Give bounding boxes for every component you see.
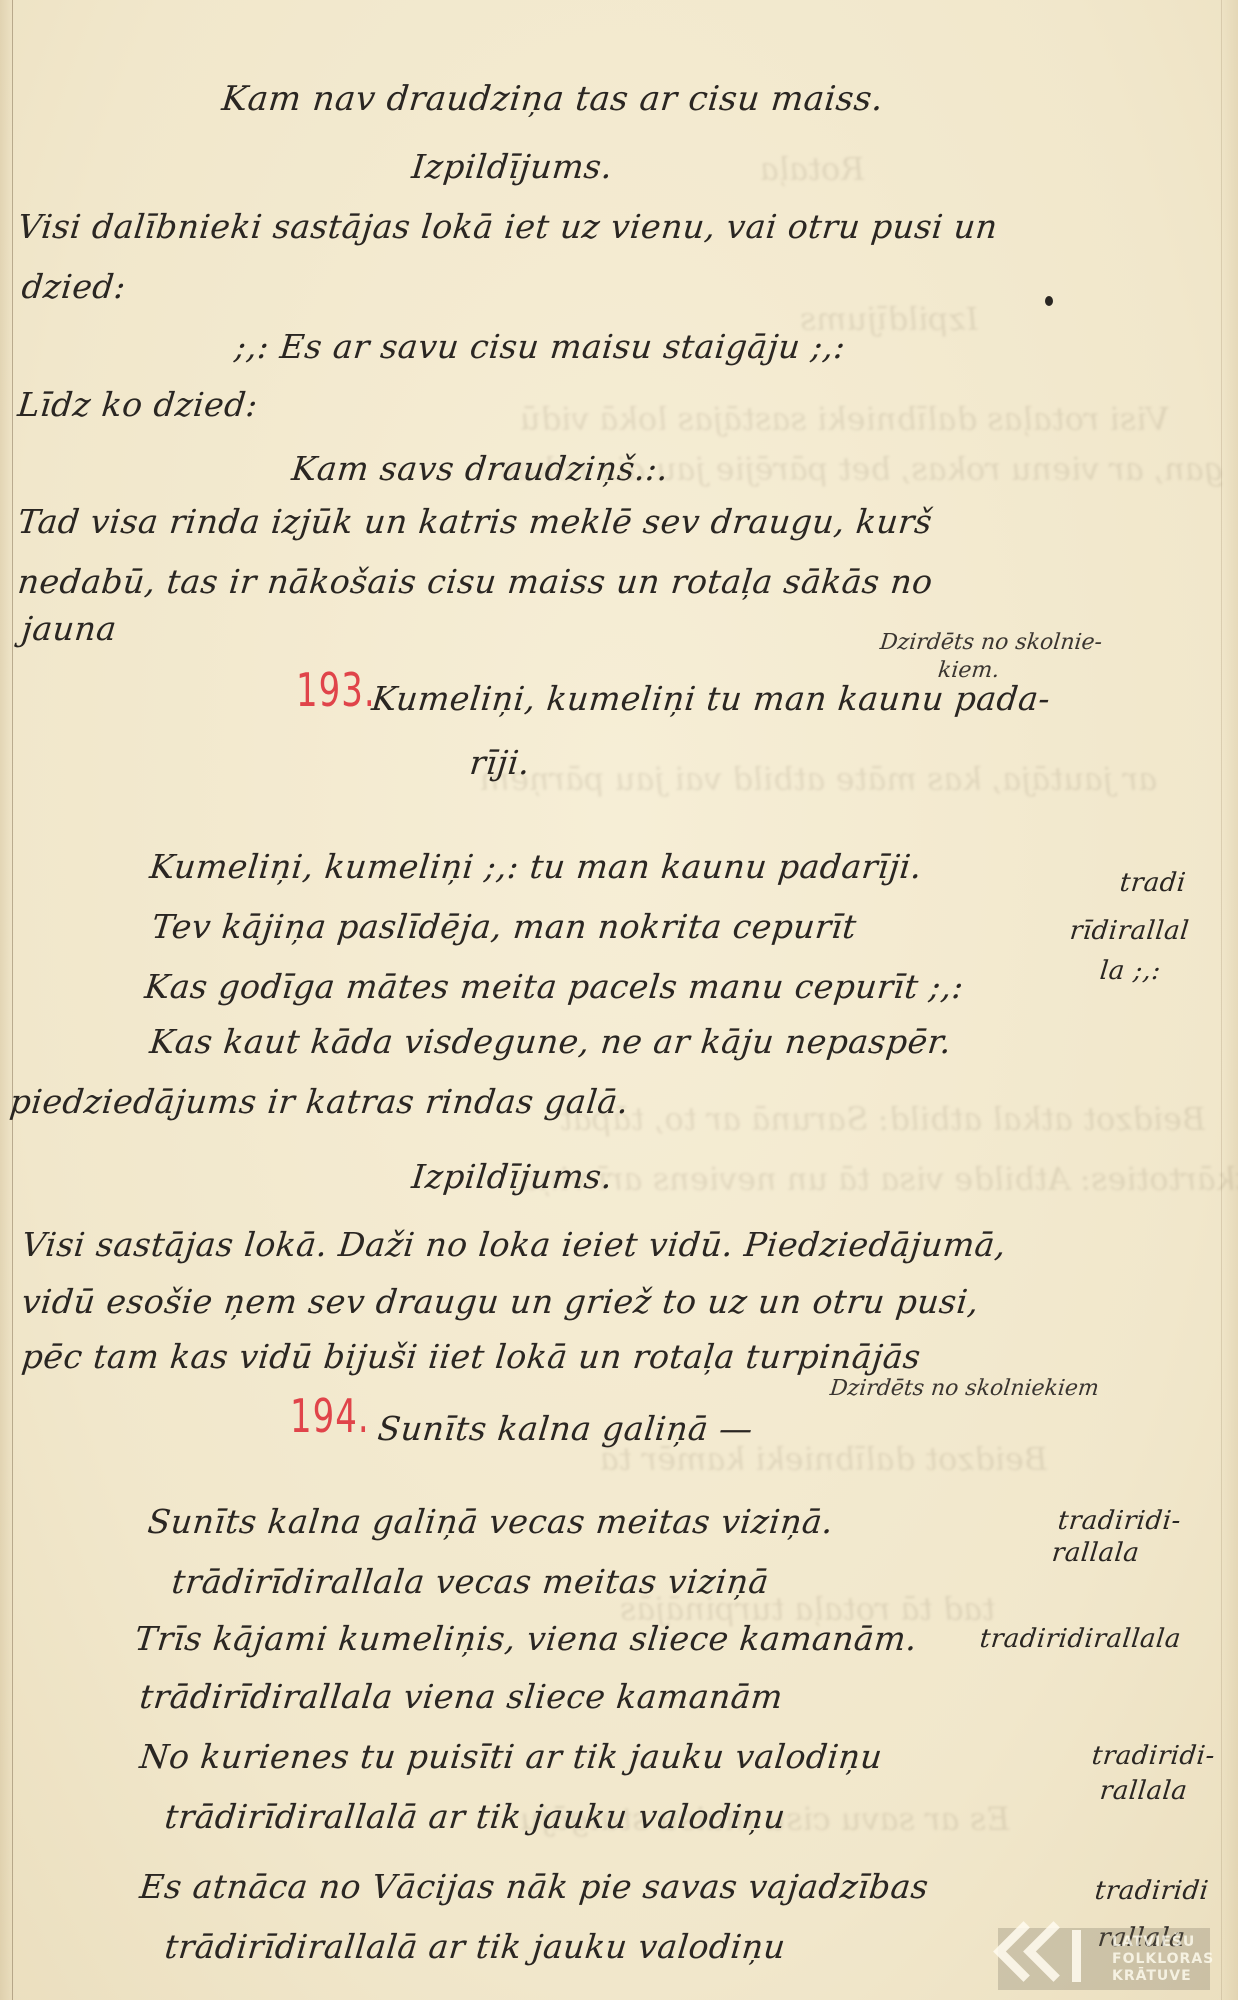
manuscript-page: Rotaļa Izpildījums Visi rotaļas dalībnie… [0,0,1238,2000]
verse-line: Kumeliņi, kumeliņi ;,: tu man kaunu pada… [148,850,923,883]
text-line: vidū esošie ņem sev draugu un griež to u… [20,1285,980,1318]
bleed-through-text: Beidzot atkal atbild: Sarunā ar to, tāpa… [558,1100,1208,1138]
refrain-side-note: rallala [1099,1778,1189,1804]
verse-line: Tev kājiņa paslīdēja, man nokrita cepurī… [150,910,858,943]
source-note: Dzirdēts no skolnie- [879,632,1103,654]
section-heading-performance: Izpildījums. [410,1160,614,1193]
refrain-side-note: rallala [1051,1540,1141,1566]
refrain-side-note: rīdirallal [1069,918,1191,944]
bleed-through-text: Rotaļa [758,150,867,188]
song-line: Kam savs draudziņš.:. [290,452,670,485]
verse-line: Sunīts kalna galiņā vecas meitas viziņā. [146,1505,835,1538]
watermark-text-line3: KRĀTUVE [1112,1968,1192,1985]
song-title-193: Kumeliņi, kumeliņi tu man kaunu pada- [370,682,1052,715]
verse-line: Es atnāca no Vācijas nāk pie savas vajad… [138,1870,930,1903]
text-line: nedabū, tas ir nākošais cisu maiss un ro… [16,565,934,598]
refrain-side-note: la ;,: [1099,958,1163,984]
refrain-repeat-line: trādirīdirallalā ar tik jauku valodiņu [163,1930,787,1963]
source-note: Dzirdēts no skolniekiem [829,1378,1100,1400]
section-heading-performance: Izpildījums. [410,150,614,183]
refrain-repeat-line: trādirīdirallala viena sliece kamanām [138,1680,784,1713]
bleed-through-text: atkārtoties: Atbilde visa tā un neviens … [518,1160,1238,1198]
refrain-repeat-line: trādirīdirallala vecas meitas viziņā [170,1565,770,1598]
watermark-text-line2: FOLKLORAS [1112,1951,1214,1968]
text-line: jauna [20,612,118,645]
text-line: pēc tam kas vidū bijuši iiet lokā un rot… [20,1340,922,1373]
verse-line: Kas kaut kāda visdegune, ne ar kāju nepa… [148,1025,953,1058]
page-edge-line [12,0,13,2000]
text-line: Tad visa rinda izjūk un katris meklē sev… [16,505,934,538]
text-line: Visi dalībnieki sastājas lokā iet uz vie… [16,210,999,243]
letter-k-mark [1072,1930,1081,1982]
verse-line: No kurienes tu puisīti ar tik jauku valo… [138,1740,884,1773]
refrain-side-note: tradiridi [1094,1878,1210,1904]
text-line: dzied: [20,270,127,303]
ink-blot [1045,296,1053,306]
song-line: ;,: Es ar savu cisu maisu staigāju ;,: [233,330,847,363]
refrain-note: piedziedājums ir katras rindas galā. [8,1085,630,1118]
archive-watermark-logo: LATVIEŠU FOLKLORAS KRĀTUVE [980,1920,1210,1992]
refrain-repeat-line: trādirīdirallalā ar tik jauku valodiņu [163,1800,787,1833]
verse-line: Trīs kājami kumeliņis, viena sliece kama… [133,1622,919,1655]
song-number-193: 193. [296,664,376,718]
refrain-side-note: tradiridi- [1091,1743,1217,1769]
bleed-through-text: Visi rotaļas dalībnieki sastājas lokā vi… [518,400,1171,438]
bleed-through-text: ar jautāja, kas māte atbild vai jau pārņ… [478,760,1160,798]
text-line: Līdz ko dzied: [16,388,259,421]
text-line: Visi sastājas lokā. Daži no loka ieiet v… [20,1228,1007,1261]
document-title: Kam nav draudziņa tas ar cisu maiss. [220,82,885,116]
refrain-side-note: tradi [1119,870,1188,896]
song-title-193-cont: rīji. [468,746,532,779]
page-edge-line-right [1221,0,1222,2000]
song-number-194: 194. [290,1390,370,1444]
song-title-194: Sunīts kalna galiņā — [376,1412,754,1445]
watermark-text-line1: LATVIEŠU [1112,1934,1195,1951]
refrain-side-note: tradiridirallala [979,1626,1183,1652]
refrain-side-note: tradiridi- [1057,1508,1183,1534]
verse-line: Kas godīga mātes meita pacels manu cepur… [143,970,965,1003]
